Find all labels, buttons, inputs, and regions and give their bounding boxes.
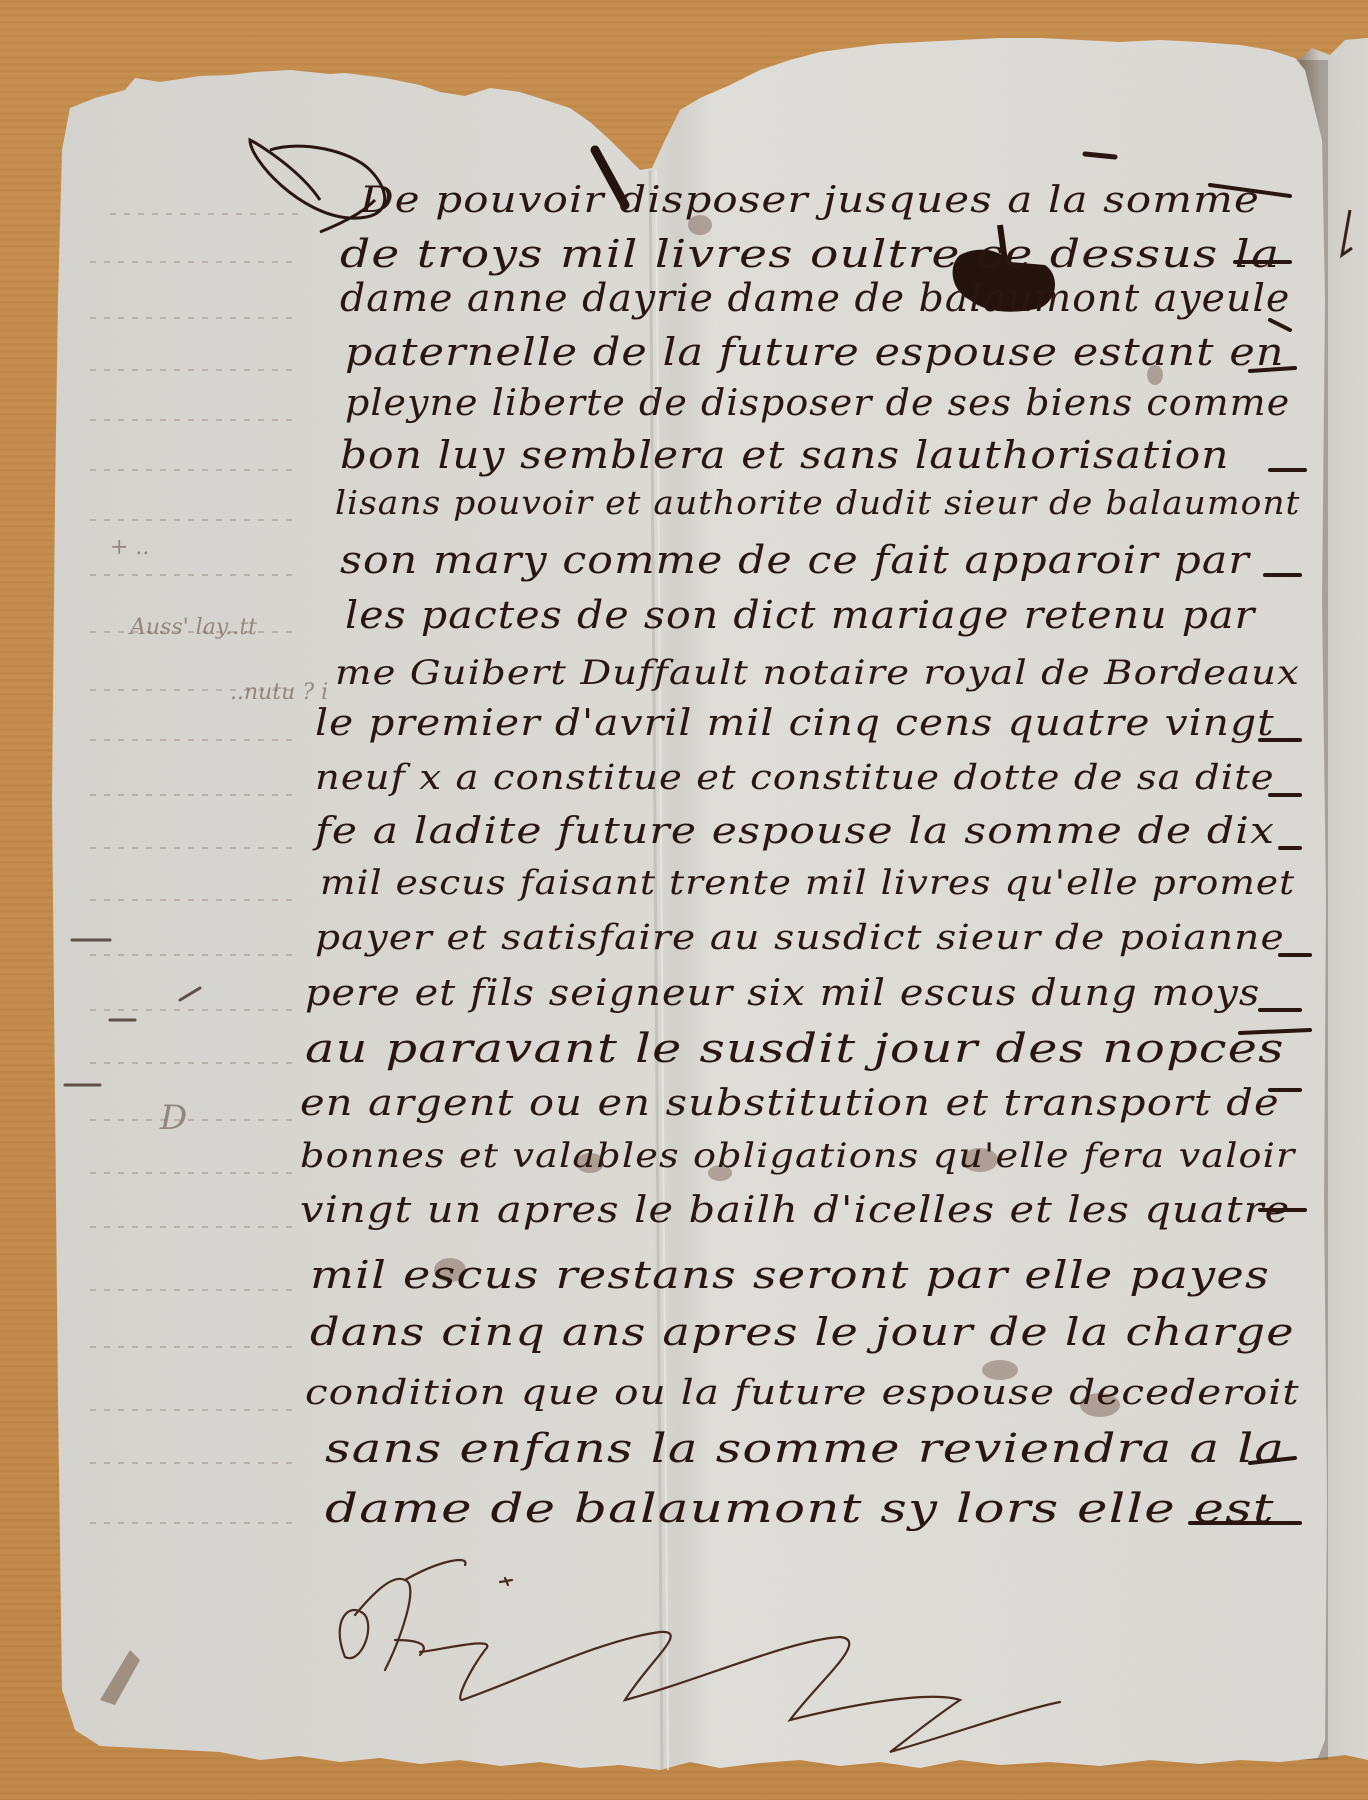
margin-note: + ..: [110, 535, 149, 560]
body-line: neuf x a constitue et constitue dotte de…: [315, 758, 1275, 798]
margin-note: D: [160, 1098, 187, 1138]
body-line: sans enfans la somme reviendra a la: [325, 1426, 1285, 1472]
body-line: mil escus faisant trente mil livres qu'e…: [320, 863, 1295, 903]
body-line: dame de balaumont sy lors elle est: [325, 1486, 1275, 1532]
body-line: bon luy semblera et sans lauthorisation: [340, 433, 1230, 477]
body-line: dame anne dayrie dame de balaumont ayeul…: [340, 276, 1290, 320]
body-line: payer et satisfaire au susdict sieur de …: [315, 918, 1285, 958]
body-line: lisans pouvoir et authorite dudit sieur …: [335, 483, 1300, 522]
body-line: de troys mil livres oultre ce dessus la: [340, 232, 1280, 276]
body-line: bonnes et valables obligations qu'elle f…: [300, 1136, 1295, 1176]
body-line: son mary comme de ce fait apparoir par: [340, 538, 1250, 582]
body-line: au paravant le susdit jour des nopces: [305, 1026, 1285, 1072]
body-line: les pactes de son dict mariage retenu pa…: [345, 593, 1255, 637]
body-line: vingt un apres le bailh d'icelles et les…: [300, 1190, 1290, 1231]
manuscript-body: De pouvoir disposer jusques a la somme d…: [0, 0, 1368, 1800]
margin-note: Auss' lay..tt: [130, 615, 257, 640]
body-line: condition que ou la future espouse deced…: [305, 1373, 1300, 1413]
body-line: fe a ladite future espouse la somme de d…: [315, 811, 1275, 852]
body-line: le premier d'avril mil cinq cens quatre …: [315, 703, 1275, 744]
body-line: De pouvoir disposer jusques a la somme: [360, 180, 1260, 221]
body-line: paternelle de la future espouse estant e…: [345, 330, 1285, 374]
body-line: pere et fils seigneur six mil escus dung…: [305, 973, 1260, 1014]
body-line: dans cinq ans apres le jour de la charge: [310, 1310, 1295, 1354]
body-line: me Guibert Duffault notaire royal de Bor…: [335, 653, 1300, 693]
body-line: mil escus restans seront par elle payes: [310, 1253, 1270, 1297]
body-line: pleyne liberte de disposer de ses biens …: [345, 383, 1290, 424]
body-line: en argent ou en substitution et transpor…: [300, 1083, 1280, 1124]
margin-note: ..nutu ? i: [230, 680, 328, 705]
